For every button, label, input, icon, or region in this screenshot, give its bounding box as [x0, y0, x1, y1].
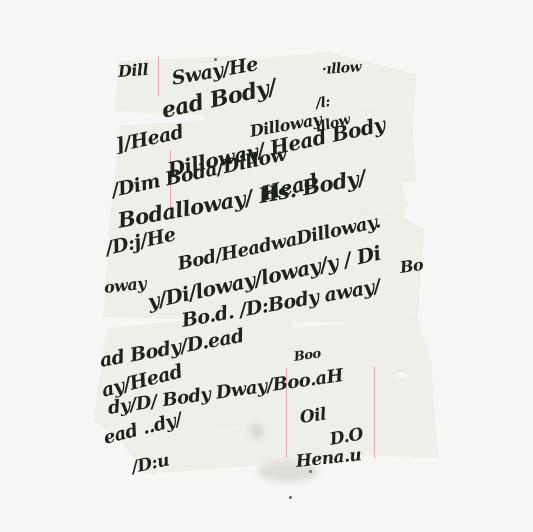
margin-line-top: [158, 56, 159, 96]
punched-hole: [396, 370, 408, 378]
handwritten-text: Dill: [117, 60, 148, 81]
handwritten-text: Bo: [399, 255, 425, 277]
ink-speck: [289, 496, 292, 499]
handwritten-text: ·ıllow: [321, 59, 361, 78]
artwork-canvas: DillSway/He·ıllowead Body//l:]/HeadDillo…: [0, 0, 533, 532]
margin-line-lower-right: [374, 366, 375, 458]
smudge: [250, 424, 264, 438]
handwritten-text: Oil: [299, 404, 328, 427]
